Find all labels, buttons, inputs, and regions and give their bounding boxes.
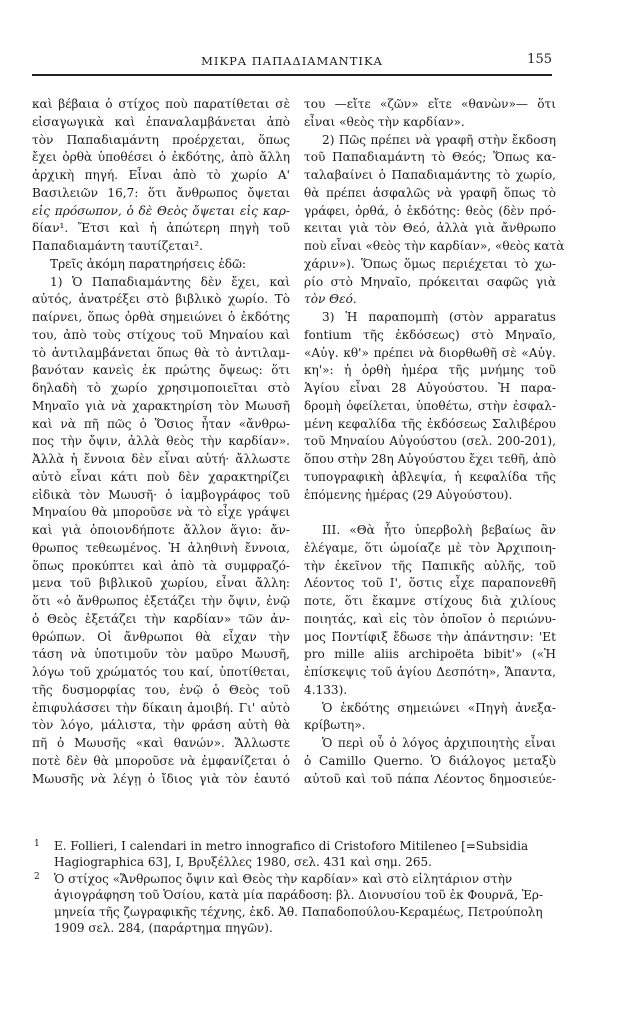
text-line: παίρνει, ὅπως ὀρθὰ σημειώνει ὁ ἐκδότης bbox=[32, 309, 290, 327]
text-line: δρομὴ ὀφείλεται, ὑποθέτω, στὴν ἐσφαλ- bbox=[304, 398, 556, 416]
text-line: αὐτός, ἀνατρέξει στὸ βιβλικὸ χωρίο. Τὸ bbox=[32, 291, 290, 309]
text-line: 4.133). bbox=[304, 682, 556, 700]
text-line: καὶ βέβαια ὁ στίχος ποὺ παρατίθεται σὲ bbox=[32, 96, 290, 114]
text-line: ποὺ εἶναι «θεὸς τὴν καρδίαν», «θεὸς κατὰ bbox=[304, 238, 556, 256]
text-line: ἀρχικὴ πηγή. Εἶναι ἀπὸ τὸ χωρίο Α' bbox=[32, 167, 290, 185]
text-line: εἰς πρόσωπον, ὁ δὲ Θεὸς ὄψεται εἰς καρ- bbox=[32, 203, 290, 221]
text-line: τῆς δυσμορφίας του, ἐνῷ ὁ Θεὸς τοῦ bbox=[32, 682, 290, 700]
text-line: ποτε, ὅτι ἔκαμνε στίχους διὰ χιλίους bbox=[304, 593, 556, 611]
text-line: τοῦ Παπαδιαμάντη τὸ Θεός; Ὅπως κα- bbox=[304, 149, 556, 167]
footnote-line: μηνεία τῆς ζωγραφικῆς τέχνης, ἐκδ. Ἀθ. Π… bbox=[54, 904, 562, 920]
text-line: τὸν λόγο, μάλιστα, τὴν φράση αὐτὴ θὰ bbox=[32, 717, 290, 735]
running-title: ΜΙΚΡΑ ΠΑΠΑΔΙΑΜΑΝΤΙΚΑ bbox=[32, 54, 552, 68]
text-line: ταλαβαίνει ὁ Παπαδιαμάντης τὸ χωρίο, bbox=[304, 167, 556, 185]
text-line: εἰσαγωγικὰ καὶ ἐπαναλαμβάνεται ἀπὸ bbox=[32, 114, 290, 132]
text-line: τυπογραφικὴ ἀβλεψία, ἡ κεφαλίδα τῆς bbox=[304, 469, 556, 487]
text-line: αὐτὸ εἶναι κάτι ποὺ δὲν χαρακτηρίζει bbox=[32, 469, 290, 487]
text-line: ὁ Camillo Querno. Ὁ διάλογος μεταξὺ bbox=[304, 753, 556, 771]
text-line: εἶναι «θεὸς τὴν καρδίαν». bbox=[304, 114, 556, 132]
text-line: ποτὲ δὲν θὰ μποροῦσε νὰ ἐμφανίζεται ὁ bbox=[32, 753, 290, 771]
text-line: ποιητάς, καὶ εἰς τὸν ὁποῖον ὁ περιώνυ- bbox=[304, 611, 556, 629]
text-line: λόγω τοῦ χρώματός του καί, ὑποτίθεται, bbox=[32, 664, 290, 682]
footnote-mark: 1 bbox=[34, 836, 40, 852]
text-line: 1) Ὁ Παπαδιαμάντης δὲν ἔχει, καὶ bbox=[32, 274, 290, 292]
footnote-line: 1909 σελ. 284, (παράρτημα πηγῶν). bbox=[54, 920, 562, 936]
text-line: γράφει, ὀρθά, ὁ ἐκδότης: θεὸς (δὲν πρό- bbox=[304, 203, 556, 221]
text-line: ὅπου στὴν 28η Αὐγούστου ἔχει τεθῆ, ἀπὸ bbox=[304, 451, 556, 469]
text-line: καὶ νὰ πῆ πῶς ὁ Ὅσιος ἦταν «ἄνθρω- bbox=[32, 416, 290, 434]
text-line: 3) Ἡ παραπομπὴ (στὸν apparatus bbox=[304, 309, 556, 327]
footnote-1: 1 E. Follieri, I calendari in metro inno… bbox=[32, 838, 562, 871]
section-gap bbox=[304, 504, 556, 522]
text-line: μενα τοῦ βιβλικοῦ χωρίου, εἶναι ἄλλη: bbox=[32, 575, 290, 593]
text-line: ὁ Θεὸς ἐξετάζει τὴν καρδίαν» τῶν ἀν- bbox=[32, 611, 290, 629]
text-line: ἔχει ὀρθὰ ὑποθέσει ὁ ἐκδότης, ἀπὸ ἄλλη bbox=[32, 149, 290, 167]
text-line: Μηναῖο γιὰ νὰ χαρακτηρίση τὸν Μωυσῆ bbox=[32, 398, 290, 416]
text-line: πος τὴν ὄψιν, ἀλλὰ θεὸς τὴν καρδίαν». bbox=[32, 433, 290, 451]
text-line: Λέοντος τοῦ Ι', ὅστις εἶχε παραπονεθῆ bbox=[304, 575, 556, 593]
text-line: δηλαδὴ τὸ χωρίο χρησιμοποιεῖται στὸ bbox=[32, 380, 290, 398]
text-line: εἰδικὰ τὸν Μωυσῆ· ὁ ἰαμβογράφος τοῦ bbox=[32, 487, 290, 505]
text-line: του —εἴτε «ζῶν» εἴτε «θανὼν»— ὅτι bbox=[304, 96, 556, 114]
text-line: Παπαδιαμάντη ταυτίζεται². bbox=[32, 238, 290, 256]
text-line: Μωυσῆς νὰ λέγῃ ὁ ἴδιος γιὰ τὸν ἑαυτό bbox=[32, 771, 290, 789]
text-line: Τρεῖς ἀκόμη παρατηρήσεις ἐδῶ: bbox=[32, 256, 290, 274]
text-line: βανόταν κανεὶς ἐκ πρώτης ὄψεως: ὅτι bbox=[32, 362, 290, 380]
text-line: fontium τῆς ἐκδόσεως) στὸ Μηναῖο, bbox=[304, 327, 556, 345]
text-line: θρωπος τεθεωμένος. Ἡ ἀληθινὴ ἔννοια, bbox=[32, 540, 290, 558]
text-line: τὴν ἐκεῖνον τῆς Παπικῆς αὐλῆς, τοῦ bbox=[304, 558, 556, 576]
text-line: χάριν»). Ὅπως ὅμως περιέχεται τὸ χω- bbox=[304, 256, 556, 274]
text-line: ὅτι «ὁ ἄνθρωπος ἐξετάζει τὴν ὄψιν, ἐνῷ bbox=[32, 593, 290, 611]
footnote-line: Ὁ στίχος «Ἄνθρωπος ὄψιν καὶ Θεὸς τὴν καρ… bbox=[54, 871, 562, 887]
text-line: θὰ πρέπει ἀσφαλῶς νὰ γραφῆ ὅπως τὸ bbox=[304, 185, 556, 203]
text-line: θρώπων. Οἱ ἄνθρωποι θὰ εἶχαν τὴν bbox=[32, 629, 290, 647]
text-line: τὸ ἀντιλαμβάνεται ὅπως θὰ τὸ ἀντιλαμ- bbox=[32, 345, 290, 363]
footnote-2: 2 Ὁ στίχος «Ἄνθρωπος ὄψιν καὶ Θεὸς τὴν κ… bbox=[32, 871, 562, 937]
text-line: κειται γιὰ τὸν Θεό, ἀλλὰ γιὰ ἄνθρωπο bbox=[304, 220, 556, 238]
text-line: ἑπόμενης ἡμέρας (29 Αὐγούστου). bbox=[304, 487, 556, 505]
text-line: ἐπίσκεψις τοῦ ἁγίου Δεσπότη», Ἅπαντα, bbox=[304, 664, 556, 682]
text-line: Ὁ ἐκδότης σημειώνει «Πηγὴ ἀνεξα- bbox=[304, 700, 556, 718]
text-line: μένη κεφαλίδα τῆς ἐκδόσεως Σαλιβέρου bbox=[304, 416, 556, 434]
text-line: «Αὐγ. κθ'» πρέπει νὰ διορθωθῆ σὲ «Αὐγ. bbox=[304, 345, 556, 363]
header-rule bbox=[32, 74, 552, 76]
page-header: ΜΙΚΡΑ ΠΑΠΑΔΙΑΜΑΝΤΙΚΑ 155 bbox=[32, 52, 552, 74]
footnote-line: E. Follieri, I calendari in metro innogr… bbox=[54, 838, 562, 854]
text-line: Μηναίου θὰ μποροῦσε νὰ τὸ εἶχε γράψει bbox=[32, 504, 290, 522]
text-line: Βασιλειῶν 16,7: ὅτι ἄνθρωπος ὄψεται bbox=[32, 185, 290, 203]
text-line: ἐλέγαμε, ὅτι ὡμοίαζε μὲ τὸν Ἀρχιποιη- bbox=[304, 540, 556, 558]
text-line: τὸν Θεό. bbox=[304, 291, 556, 309]
footnote-line: Hagiographica 63], I, Βρυξέλλες 1980, σε… bbox=[54, 854, 562, 870]
text-line: ρίο στὸ Μηναῖο, πρόκειται σαφῶς γιὰ bbox=[304, 274, 556, 292]
page-number: 155 bbox=[527, 52, 552, 67]
text-line: pro mille aliis archipoëta bibit'» («Ἡ bbox=[304, 646, 556, 664]
text-line: Ἁγίου εἶναι 28 Αὐγούστου. Ἡ παρα- bbox=[304, 380, 556, 398]
footnote-mark: 2 bbox=[34, 869, 40, 885]
text-line: Ὁ περὶ οὗ ὁ λόγος ἀρχιποιητὴς εἶναι bbox=[304, 735, 556, 753]
text-line: αὐτοῦ καὶ τοῦ πάπα Λέοντος δημοσιεύε- bbox=[304, 771, 556, 789]
text-line: Ἀλλὰ ἡ ἔννοια δὲν εἶναι αὐτή· ἄλλωστε bbox=[32, 451, 290, 469]
text-line: ὅπως προκύπτει καὶ ἀπὸ τὰ συμφραζό- bbox=[32, 558, 290, 576]
footnote-line: ἁγιογράφηση τοῦ Ὁσίου, κατὰ μία παράδοση… bbox=[54, 887, 562, 903]
text-line: III. «Θὰ ἦτο ὑπερβολὴ βεβαίως ἂν bbox=[304, 522, 556, 540]
text-line: τάση νὰ ὑποτιμοῦν τὸν μαῦρο Μωυσῆ, bbox=[32, 646, 290, 664]
right-column: του —εἴτε «ζῶν» εἴτε «θανὼν»— ὅτι εἶναι … bbox=[304, 96, 556, 788]
text-line: μος Ποντίφιξ ἔδωσε τὴν ἀπάντησιν: 'Et bbox=[304, 629, 556, 647]
text-line: τοῦ Μηναίου Αὐγούστου (σελ. 200-201), bbox=[304, 433, 556, 451]
text-line: κη'»: ἡ ὀρθὴ ἡμέρα τῆς μνήμης τοῦ bbox=[304, 362, 556, 380]
text-line: του, ἀπὸ τοὺς στίχους τοῦ Μηναίου καὶ bbox=[32, 327, 290, 345]
text-line: πῆ ὁ Μωυσῆς «καὶ θανών». Ἄλλωστε bbox=[32, 735, 290, 753]
text-line: 2) Πῶς πρέπει νὰ γραφῆ στὴν ἔκδοση bbox=[304, 132, 556, 150]
left-column: καὶ βέβαια ὁ στίχος ποὺ παρατίθεται σὲ ε… bbox=[32, 96, 290, 788]
text-line: κρίβωτη». bbox=[304, 717, 556, 735]
text-line: τὸν Παπαδιαμάντη προέρχεται, ὅπως bbox=[32, 132, 290, 150]
text-line: ἐπιφυλάσσει τὴν δίκαιη ἀμοιβή. Γι' αὐτὸ bbox=[32, 700, 290, 718]
text-line: καὶ γιὰ ὁποιονδήποτε ἄλλον ἅγιο: ἄν- bbox=[32, 522, 290, 540]
footnotes: 1 E. Follieri, I calendari in metro inno… bbox=[32, 838, 562, 936]
text-line: δίαν¹. Ἔτσι καὶ ἡ ἀπώτερη πηγὴ τοῦ bbox=[32, 220, 290, 238]
